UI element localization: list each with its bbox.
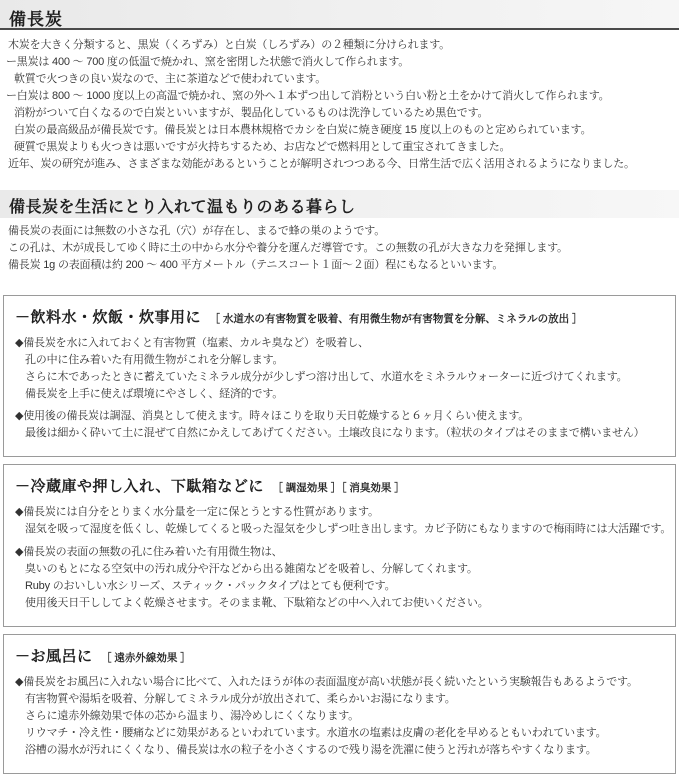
feature-box-fridge-closet: －冷蔵庫や押し入れ、下駄箱などに ［ 調湿効果 ］［ 消臭効果 ］ ◆備長炭には…	[3, 464, 676, 627]
box-line: 湿気を吸って湿度を低くし、乾燥してくると吸った湿気を少しずつ吐き出します。カビ予…	[15, 521, 667, 538]
title-bar: 備長炭	[0, 0, 679, 30]
box-line: ◆備長炭をお風呂に入れない場合に比べて、入れたほうが体の表面温度が高い状態が長く…	[15, 674, 667, 691]
intro-line: 硬質で黒炭よりも火つきは悪いですが火持ちするため、お店などで燃料用として重宝され…	[8, 139, 679, 156]
section-header-bar: 備長炭を生活にとり入れて温もりのある暮らし	[0, 190, 679, 218]
intro-line: 白炭の最高級品が備長炭です。備長炭とは日本農林規格でカシを白炭に焼き硬度 15 …	[8, 122, 679, 139]
section-line: 備長炭 1g の表面積は約 200 ～ 400 平方メートル（テニスコート１面～…	[8, 257, 679, 274]
box-heading-tags: ［ 調湿効果 ］［ 消臭効果 ］	[272, 482, 404, 494]
intro-line: ー黒炭は 400 ～ 700 度の低温で焼かれ、窯を密閉した状態で消火して作られ…	[6, 54, 679, 71]
box-heading-text: －飲料水・炊飯・炊事用に	[15, 309, 201, 326]
feature-box-drinking-water: －飲料水・炊飯・炊事用に ［ 水道水の有害物質を吸着、有用微生物が有害物質を分解…	[3, 295, 676, 457]
box-heading: －飲料水・炊飯・炊事用に ［ 水道水の有害物質を吸着、有用微生物が有害物質を分解…	[15, 306, 667, 327]
section-line: この孔は、木が成長してゆく時に土の中から水分や養分を運んだ導管です。この無数の孔…	[8, 240, 679, 257]
section-body: 備長炭の表面には無数の小さな孔（穴）が存在し、まるで蜂の巣のようです。 この孔は…	[0, 218, 679, 274]
box-line: Ruby のおいしい水シリーズ、スティック・パックタイプはとても便利です。	[15, 578, 667, 595]
intro-line: 軟質で火つきの良い炭なので、主に茶道などで使われています。	[8, 71, 679, 88]
document-page: 備長炭 木炭を大きく分類すると、黒炭（くろずみ）と白炭（しろずみ）の２種類に分け…	[0, 0, 679, 776]
section-line: 備長炭の表面には無数の小さな孔（穴）が存在し、まるで蜂の巣のようです。	[8, 223, 679, 240]
intro-line: 近年、炭の研究が進み、さまざまな効能があるということが解明されつつある今、日常生…	[8, 156, 679, 173]
box-line: 臭いのもとになる空気中の汚れ成分や汗などから出る雑菌などを吸着し、分解してくれま…	[15, 561, 667, 578]
box-heading: －お風呂に ［ 遠赤外線効果 ］	[15, 645, 667, 666]
box-line: リウマチ・冷え性・腰痛などに効果があるといわれています。水道水の塩素は皮膚の老化…	[15, 725, 667, 742]
intro-section: 木炭を大きく分類すると、黒炭（くろずみ）と白炭（しろずみ）の２種類に分けられます…	[0, 30, 679, 173]
intro-line: 消粉がついて白くなるので白炭といいますが、製品化しているものは洗浄しているため黒…	[8, 105, 679, 122]
section-title: 備長炭を生活にとり入れて温もりのある暮らし	[9, 194, 679, 217]
intro-line: 木炭を大きく分類すると、黒炭（くろずみ）と白炭（しろずみ）の２種類に分けられます…	[8, 37, 679, 54]
box-line: ◆備長炭の表面の無数の孔に住み着いた有用微生物は、	[15, 544, 667, 561]
box-heading-tags: ［ 水道水の有害物質を吸着、有用微生物が有害物質を分解、ミネラルの放出 ］	[209, 313, 582, 325]
box-heading-text: －お風呂に	[15, 648, 93, 665]
box-line: さらに木であったときに蓄えていたミネラル成分が少しずつ溶け出して、水道水をミネラ…	[15, 369, 667, 386]
box-heading: －冷蔵庫や押し入れ、下駄箱などに ［ 調湿効果 ］［ 消臭効果 ］	[15, 475, 667, 496]
feature-box-bath: －お風呂に ［ 遠赤外線効果 ］ ◆備長炭をお風呂に入れない場合に比べて、入れた…	[3, 634, 676, 774]
box-line: 最後は細かく砕いて土に混ぜて自然にかえしてあげてください。土壌改良になります。（…	[15, 425, 667, 442]
box-line: ◆備長炭を水に入れておくと有害物質（塩素、カルキ臭など）を吸着し、	[15, 335, 667, 352]
box-line: ◆使用後の備長炭は調湿、消臭として使えます。時々ほこりを取り天日乾燥すると６ヶ月…	[15, 408, 667, 425]
box-heading-tags: ［ 遠赤外線効果 ］	[101, 652, 191, 664]
box-line: ◆備長炭には自分をとりまく水分量を一定に保とうとする性質があります。	[15, 504, 667, 521]
box-heading-text: －冷蔵庫や押し入れ、下駄箱などに	[15, 478, 264, 495]
box-line: 備長炭を上手に使えば環境にやさしく、経済的です。	[15, 386, 667, 403]
intro-line: ー白炭は 800 ～ 1000 度以上の高温で焼かれ、窯の外へ１本ずつ出して消粉…	[6, 88, 679, 105]
box-line: 浴槽の湯水が汚れにくくなり、備長炭は水の粒子を小さくするので残り湯を洗濯に使うと…	[15, 742, 667, 759]
box-line: さらに遠赤外線効果で体の芯から温まり、湯冷めしにくくなります。	[15, 708, 667, 725]
page-title: 備長炭	[9, 5, 679, 30]
box-line: 孔の中に住み着いた有用微生物がこれを分解します。	[15, 352, 667, 369]
box-line: 使用後天日干ししてよく乾燥させます。そのまま靴、下駄箱などの中へ入れてお使いくだ…	[15, 595, 667, 612]
box-line: 有害物質や湯垢を吸着、分解してミネラル成分が放出されて、柔らかいお湯になります。	[15, 691, 667, 708]
